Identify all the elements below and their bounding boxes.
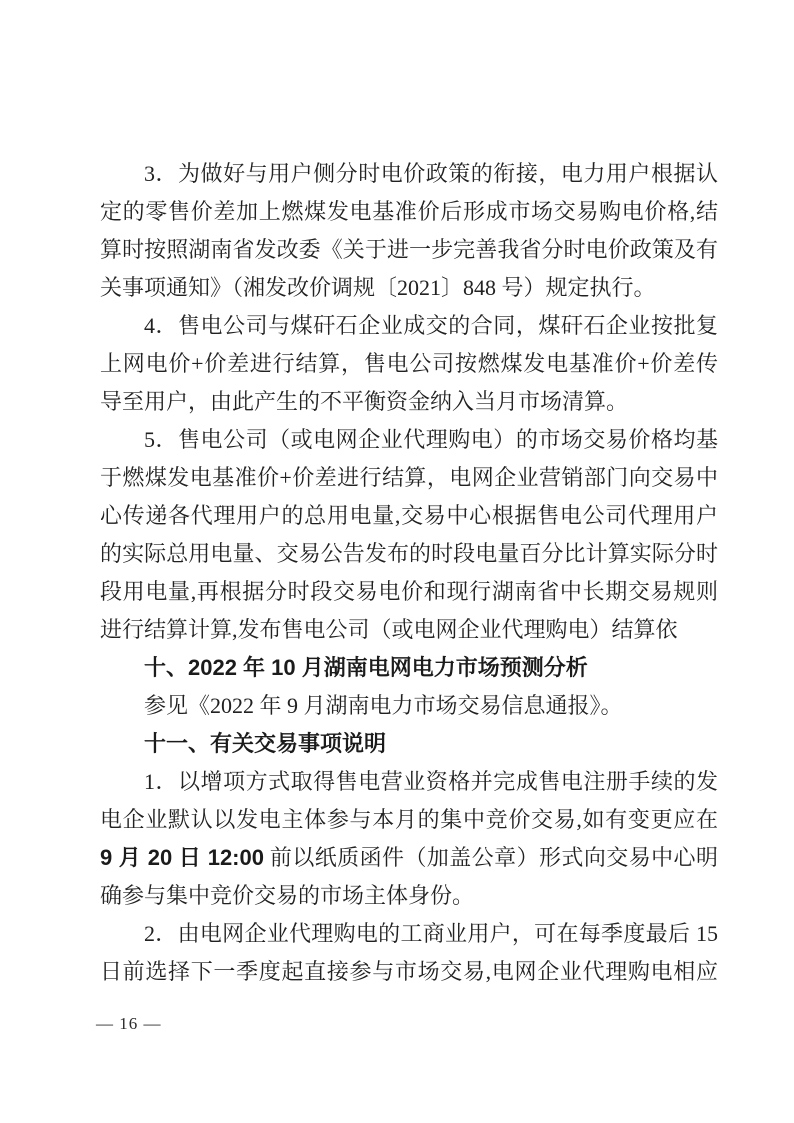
text-line: 导至用户，由此产生的不平衡资金纳入当月市场清算。 — [100, 383, 718, 421]
text-line: 2．由电网企业代理购电的工商业用户，可在每季度最后 15 — [100, 915, 718, 953]
section-heading: 十、2022 年 10 月湖南电网电力市场预测分析 — [100, 649, 718, 687]
document-body: 3．为做好与用户侧分时电价政策的衔接，电力用户根据认 定的零售价差加上燃煤发电基… — [100, 155, 718, 991]
text-line: 段用电量,再根据分时段交易电价和现行湖南省中长期交易规则 — [100, 573, 718, 611]
section-11: 十一、有关交易事项说明 — [100, 725, 718, 763]
paragraph-item-2: 2．由电网企业代理购电的工商业用户，可在每季度最后 15 日前选择下一季度起直接… — [100, 915, 718, 991]
page-number: — 16 — — [96, 1012, 162, 1036]
text-line: 于燃煤发电基准价+价差进行结算，电网企业营销部门向交易中 — [100, 459, 718, 497]
text-line: 4．售电公司与煤矸石企业成交的合同，煤矸石企业按批复 — [100, 307, 718, 345]
paragraph-item-4: 4．售电公司与煤矸石企业成交的合同，煤矸石企业按批复 上网电价+价差进行结算，售… — [100, 307, 718, 421]
paragraph-item-3: 3．为做好与用户侧分时电价政策的衔接，电力用户根据认 定的零售价差加上燃煤发电基… — [100, 155, 718, 307]
text-line: 电企业默认以发电主体参与本月的集中竞价交易,如有变更应在 — [100, 801, 718, 839]
section-heading: 十一、有关交易事项说明 — [100, 725, 718, 763]
paragraph-item-1: 1．以增项方式取得售电营业资格并完成售电注册手续的发 电企业默认以发电主体参与本… — [100, 763, 718, 915]
text-line: 上网电价+价差进行结算，售电公司按燃煤发电基准价+价差传 — [100, 345, 718, 383]
text-line: 的实际总用电量、交易公告发布的时段电量百分比计算实际分时 — [100, 535, 718, 573]
section-10: 十、2022 年 10 月湖南电网电力市场预测分析 — [100, 649, 718, 687]
text-line: 参见《2022 年 9 月湖南电力市场交易信息通报》。 — [100, 687, 718, 725]
text-line: 1．以增项方式取得售电营业资格并完成售电注册手续的发 — [100, 763, 718, 801]
text-line: 确参与集中竞价交易的市场主体身份。 — [100, 877, 718, 915]
document-page: 3．为做好与用户侧分时电价政策的衔接，电力用户根据认 定的零售价差加上燃煤发电基… — [0, 0, 794, 1123]
text-line: 算时按照湖南省发改委《关于进一步完善我省分时电价政策及有 — [100, 231, 718, 269]
text-line-segment: 前以纸质函件（加盖公章）形式向交易中心明 — [264, 845, 718, 870]
text-line: 3．为做好与用户侧分时电价政策的衔接，电力用户根据认 — [100, 155, 718, 193]
text-line: 关事项通知》（湘发改价调规〔2021〕848 号）规定执行。 — [100, 269, 718, 307]
text-line: 定的零售价差加上燃煤发电基准价后形成市场交易购电价格,结 — [100, 193, 718, 231]
reference-paragraph: 参见《2022 年 9 月湖南电力市场交易信息通报》。 — [100, 687, 718, 725]
text-line: 9 月 20 日 12:00 前以纸质函件（加盖公章）形式向交易中心明 — [100, 839, 718, 877]
text-line: 进行结算计算,发布售电公司（或电网企业代理购电）结算依据。 — [100, 611, 718, 649]
bold-deadline-text: 9 月 20 日 12:00 — [100, 845, 264, 870]
text-line: 日前选择下一季度起直接参与市场交易,电网企业代理购电相应 — [100, 953, 718, 991]
paragraph-item-5: 5．售电公司（或电网企业代理购电）的市场交易价格均基 于燃煤发电基准价+价差进行… — [100, 421, 718, 649]
text-line: 心传递各代理用户的总用电量,交易中心根据售电公司代理用户 — [100, 497, 718, 535]
text-line: 5．售电公司（或电网企业代理购电）的市场交易价格均基 — [100, 421, 718, 459]
